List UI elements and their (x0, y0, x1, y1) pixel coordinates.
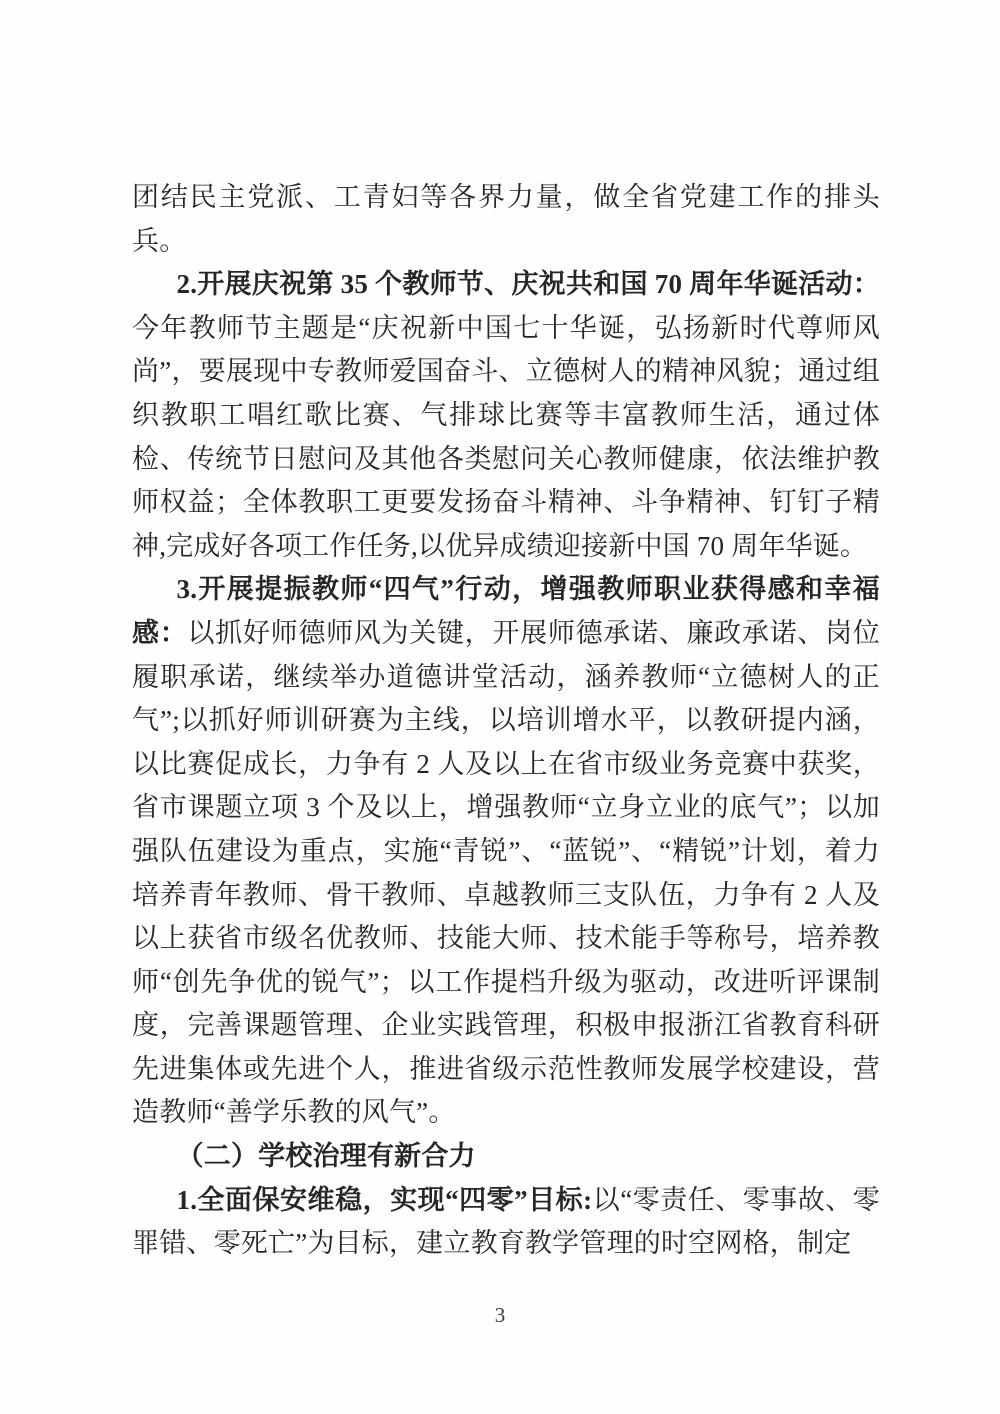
paragraph-item-3: 3.开展提振教师“四气”行动，增强教师职业获得感和幸福感：以抓好师德师风为关键，… (132, 568, 880, 1135)
paragraph-text: 团结民主党派、工青妇等各界力量，做全省党建工作的排头兵。 (132, 182, 880, 256)
paragraph-continuation: 团结民主党派、工青妇等各界力量，做全省党建工作的排头兵。 (132, 176, 880, 263)
page-number: 3 (0, 1303, 1000, 1328)
document-page: 团结民主党派、工青妇等各界力量，做全省党建工作的排头兵。 2.开展庆祝第 35 … (0, 0, 1000, 1414)
section-heading: （二）学校治理有新合力 (132, 1135, 880, 1179)
paragraph-text: 以抓好师德师风为关键，开展师德承诺、廉政承诺、岗位履职承诺，继续举办道德讲堂活动… (132, 618, 880, 1128)
section-heading-text: （二）学校治理有新合力 (177, 1141, 476, 1171)
paragraph-bold-lead: 2.开展庆祝第 35 个教师节、庆祝共和国 70 周年华诞活动： (177, 269, 880, 299)
paragraph-bold-lead: 1.全面保安维稳，实现“四零”目标: (177, 1185, 593, 1215)
paragraph-text: 今年教师节主题是“庆祝新中国七十华诞，弘扬新时代尊师风尚”，要展现中专教师爱国奋… (132, 313, 880, 561)
text-block: 团结民主党派、工青妇等各界力量，做全省党建工作的排头兵。 2.开展庆祝第 35 … (132, 176, 880, 1266)
paragraph-item-2: 2.开展庆祝第 35 个教师节、庆祝共和国 70 周年华诞活动：今年教师节主题是… (132, 263, 880, 568)
paragraph-item-1: 1.全面保安维稳，实现“四零”目标:以“零责任、零事故、零罪错、零死亡”为目标，… (132, 1179, 880, 1266)
